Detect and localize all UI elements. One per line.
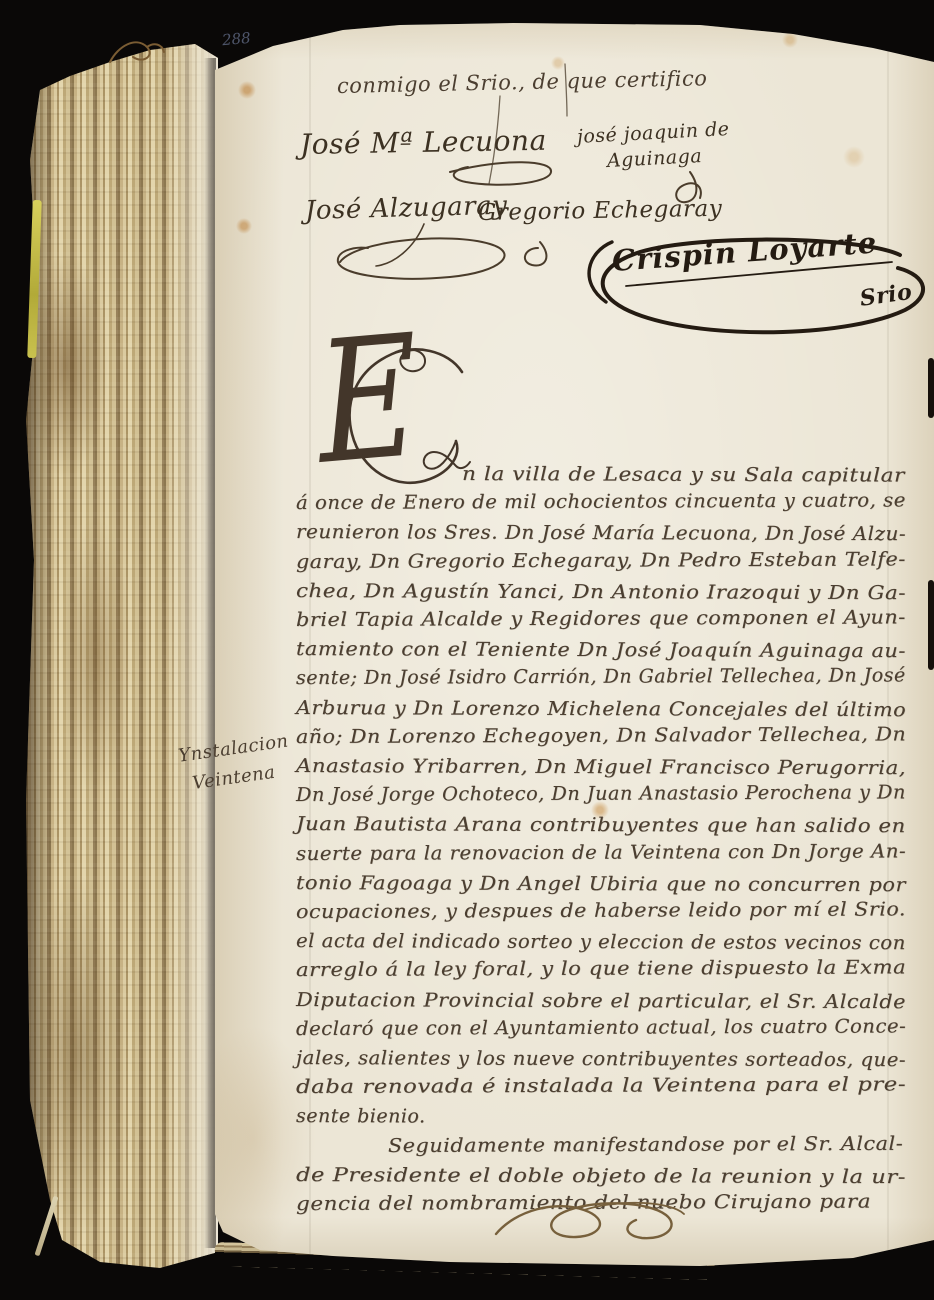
alzugaray-rubric — [338, 238, 505, 278]
binding-tassel — [110, 42, 164, 62]
alzugaray-descender — [376, 224, 424, 266]
ink-flourishes — [0, 0, 934, 1300]
echegaray-rubric — [525, 242, 547, 265]
book-scan: 288 conmigo el Srio., de que certifico J… — [0, 0, 934, 1300]
page-contents: 288 conmigo el Srio., de que certifico J… — [0, 0, 934, 1300]
end-flourish — [496, 1203, 684, 1238]
descender-stroke — [489, 96, 500, 184]
aguinaga-rubric — [676, 172, 701, 202]
lecuona-rubric — [450, 162, 551, 185]
descender-stroke — [565, 64, 567, 116]
secretary-rubric — [589, 240, 923, 333]
drop-cap-swash — [350, 349, 470, 482]
